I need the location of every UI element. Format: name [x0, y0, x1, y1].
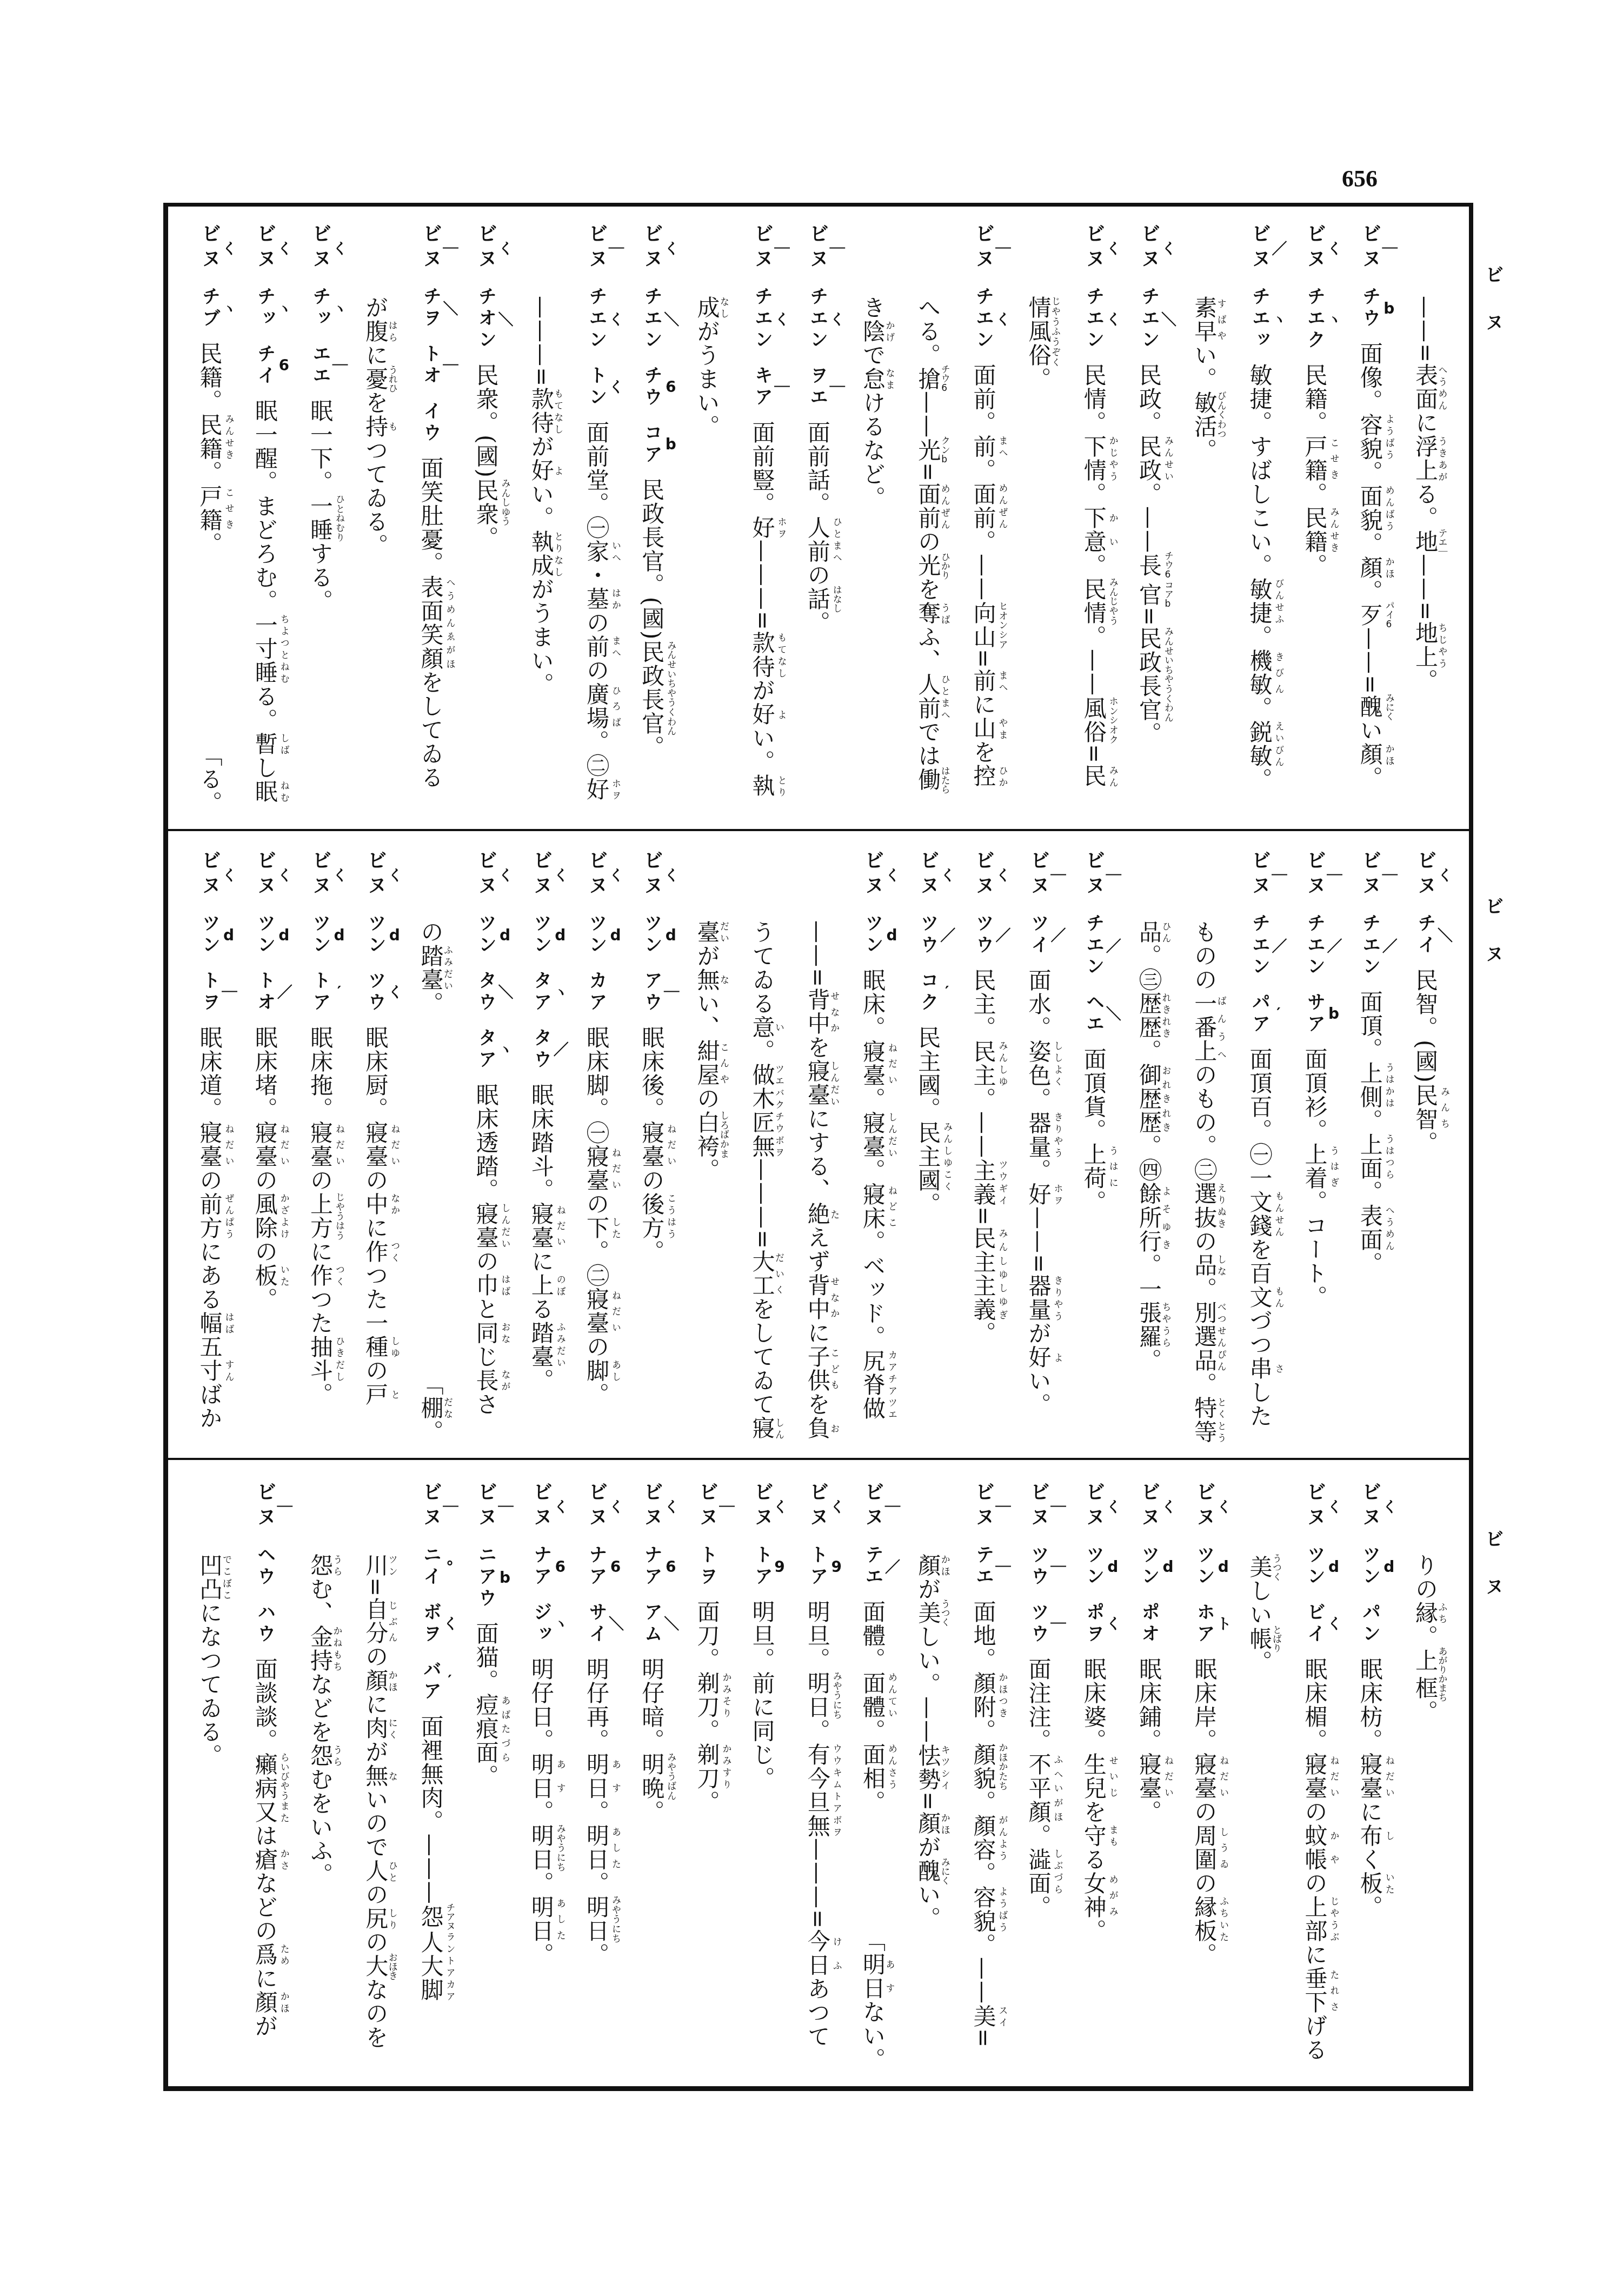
headword: ビヌ｜ — [475, 1482, 497, 1531]
entry-column: ビヌくチブヽ民籍。民籍みんせき。戸籍こせき。「る。 — [182, 223, 237, 829]
definition: が腹はらに憂うれひを持もつてゐる。 — [362, 296, 389, 558]
headword: ビヌ｜ — [420, 1482, 442, 1531]
entry-column: ビヌくツンd カア眠床脚。㊀寢臺ねだいの下した。㊁寢臺ねだいの脚あし。 — [569, 850, 624, 1458]
definition: 面刀。剃刀かみそり。剃刀かみすり。 — [694, 1600, 720, 1814]
headword: ビヌ｜ — [862, 1482, 884, 1531]
definition: へる。搶チウ6——光クンb=面前めんぜんの光ひかりを奪うばふ、人前ひとまへでは働… — [915, 296, 941, 794]
definition: 民衆。(國)民衆みんしゆう。 — [473, 363, 500, 550]
headword: ビヌく — [1083, 1482, 1105, 1531]
entry-column: ビヌくツンd トア′眠床拖。寢臺ねだいの上方じやうはうに作つくつた抽斗ひきだし。 — [292, 850, 348, 1458]
reading: チエンく — [972, 287, 994, 351]
headword: ビヌく — [309, 223, 331, 273]
reading: ニアウb — [475, 1545, 497, 1610]
definition: 面頂。上側うはかは。上面うはつら。表面へうめん。 — [1357, 990, 1383, 1276]
reading: ナア6 ジッヽ — [530, 1545, 552, 1645]
definition: 面前堂。㊀家いへ・墓はかの前まへの廣場ひろば。㊁好ホヲ — [583, 421, 610, 801]
definition: 素早すばやい。敏活びんくわつ。 — [1191, 296, 1218, 462]
entry-column: ビヌくチオン＼民衆。(國)民衆みんしゆう。 — [458, 223, 514, 829]
definition: 眠一醒。まどろむ。一寸睡ちよつとねむる。暫しばし眠ねむ — [252, 399, 278, 804]
definition: 眠床。寢臺ねだい。寢臺しんだい。寢床ねどこ。ベッド。尻脊カアチア做ツエ — [860, 968, 886, 1421]
definition: 民主。民主みんしゆ。——主義ツウギイ=民主主義みんしゆしゆぎ。 — [970, 968, 996, 1345]
definition: 民情。下情かじやう。下意かい。民情みんじやう。——風俗ホンシオク=民みん — [1081, 363, 1107, 788]
headword: ビヌく — [641, 850, 663, 900]
continuation-column: へる。搶チウ6——光クンb=面前めんぜんの光ひかりを奪うばふ、人前ひとまへでは働… — [900, 296, 955, 829]
definition: 面像。容貌ようばう。面貌めんばう。顏かほ。歹パイ6——=醜みにくい顏かほ。 — [1357, 342, 1383, 790]
headword: ビヌ｜ — [1359, 223, 1381, 273]
definition: 眠床婆。生兒せいじを守まもる女神めがみ。 — [1081, 1657, 1107, 1943]
definition: 眠床後。寢臺ねだいの後方こうはう。 — [638, 1026, 665, 1264]
definition: 眠床堵。寢臺ねだいの風除かざよけの板いた。 — [252, 1026, 278, 1311]
reading: ツンd ポオ — [1138, 1545, 1160, 1645]
entry-column: ビヌ｜チエン／ パア′面頂百。㊀一文錢もんせんを百文もんづつ串さした — [1232, 850, 1287, 1458]
headword: ビヌく — [199, 223, 221, 273]
definition: 情風俗じやうふうぞく。 — [1026, 296, 1052, 391]
definition: 敏捷。すばしこい。敏捷びんせふ。機敏きびん。鋭敏えいびん。 — [1246, 363, 1273, 792]
definition: 眠床拖。寢臺ねだいの上方じやうはうに作つくつた抽斗ひきだし。 — [307, 1026, 334, 1406]
headword: ビヌ｜ — [1083, 850, 1105, 900]
entry-column: ビヌ｜ツウ｜ ツウ｜面注注。不平顏ふへいがほ。澁面しぶづら。 — [1011, 1482, 1066, 2086]
entry-column: ビヌくツンd トヲ｜眠床道。寢臺ねだいの前方ぜんぱうにある幅はば五寸すんばか — [182, 850, 237, 1458]
definition: 面體。面體めんてい。面相めんさう。 — [860, 1600, 886, 1814]
reading: チウb — [1359, 287, 1381, 330]
headword: ビヌく — [641, 223, 663, 273]
entry-band-top: ——=表面へうめんに浮上うきあがる。地テエ｜——=地上ちじやう。ビヌ｜チウb面像… — [168, 207, 1469, 829]
headword: ビヌ｜ — [420, 223, 442, 273]
entry-column: ビヌくチエン＼民政。民政みんせい。——長官チウ6コアb=民政長官みんせいちやうく… — [1121, 223, 1176, 829]
headword: ビヌ｜ — [972, 1482, 994, 1531]
definition: 面談談。癩病らいびやう又または瘡かさなどの爲ために顏かほが — [252, 1657, 278, 2038]
reading: ツウ／ — [972, 913, 994, 957]
definition: ものの一番上ばんうへのもの。㊁選抜えりぬきの品しな。別選品べつせんぴん。特等とく… — [1191, 920, 1218, 1444]
entry-band-bottom: りの縁ふち。上框あがりかまち。ビヌくツンd パン眠床枋。寢臺ねだいに布しく板いた… — [168, 1460, 1469, 2086]
reading: ツンd トオ／ — [254, 913, 276, 1014]
definition: 明仔暗。明晩みやうばん。 — [638, 1657, 665, 1824]
headword: ビヌく — [309, 850, 331, 900]
reading: トア9 — [807, 1545, 828, 1588]
definition: 面注注。不平顏ふへいがほ。澁面しぶづら。 — [1026, 1657, 1052, 1919]
continuation-column: 美うつくしい帳とばり。 — [1232, 1554, 1287, 2086]
headword: ビヌく — [1359, 1482, 1381, 1531]
entry-column: ビヌくツウ／ コク′民主國。民主國みんしゆこく。 — [900, 850, 955, 1458]
definition: 面前豎。好ホヲ———=款待もてなしが好よい。執とり — [749, 421, 776, 798]
definition: 面裡無肉。———怨チアヌ人ラン大トア脚カア — [417, 1715, 444, 2002]
reading: ツンd カア — [586, 913, 607, 1014]
running-head: ビヌ — [1481, 265, 1504, 360]
definition: 面前。前まへ。面前めんぜん。——向山ヒオンシア=前まへに山やまを控ひか — [970, 363, 996, 788]
reading: ナア6 サイ＼ — [586, 1545, 607, 1645]
headword: ビヌく — [254, 850, 276, 900]
continuation-column: 川ツン=自分じぶんの顏かほに肉にくが無ないので人ひとの尻しりの大おほきなのを — [348, 1554, 403, 2086]
entry-column: ビヌ｜ニアウb面猫。痘痕面あばたづら。 — [458, 1482, 514, 2086]
headword: ビヌ｜ — [696, 1482, 718, 1531]
reading: ツンd トア′ — [309, 913, 331, 1014]
continuation-column: 品ひん。㊂歴歴れきれき。御歴歴おれきれき。㊃餘所行よそゆき。一張羅ちやうら。 — [1121, 920, 1176, 1458]
entry-column: ビヌくツンd パン眠床枋。寢臺ねだいに布しく板いた。 — [1342, 1482, 1398, 2086]
entry-column: ビヌ／チエッヽ敏捷。すばしこい。敏捷びんせふ。機敏きびん。鋭敏えいびん。 — [1232, 223, 1287, 829]
headword: ビヌく — [364, 850, 387, 900]
entry-column: ビヌくチエン＼ チウ6 コアb民政長官。(國)民政長官みんせいちやうくわん。 — [624, 223, 679, 829]
definition: ——=表面へうめんに浮上うきあがる。地テエ｜——=地上ちじやう。 — [1412, 296, 1439, 693]
continuation-column: ものの一番上ばんうへのもの。㊁選抜えりぬきの品しな。別選品べつせんぴん。特等とく… — [1176, 920, 1232, 1458]
entry-column: ビヌ｜ニイ° ボヲく バア′面裡無肉。———怨チアヌ人ラン大トア脚カア — [403, 1482, 458, 2086]
continuation-column: の踏臺ふみだい。「棚だな。 — [403, 920, 458, 1458]
continuation-column: き陰かげで怠なまけるなど。 — [845, 296, 900, 829]
reading: チイ＼ — [1414, 913, 1436, 957]
reading: チエンく — [1083, 287, 1105, 351]
entry-column: ビヌくツンd ポオ眠床鋪。寢臺ねだい。 — [1121, 1482, 1176, 2086]
definition: 眠床岸。寢臺ねだいの周圍しうゐの縁板ふちいた。 — [1191, 1657, 1218, 1967]
headword: ビヌく — [1304, 223, 1326, 273]
definition: 面水。姿色ししよく。器量きりやう。好ホヲ——=器量きりやうが好よい。 — [1026, 968, 1052, 1417]
definition: 眠床楣。寢臺ねだいの蚊帳かやの上部じやうぶに垂下たれさげる — [1302, 1657, 1328, 2062]
reading: チエン＼ チウ6 コアb — [641, 287, 662, 466]
continuation-column: ———=款待もてなしが好よい。執成とりなしがうまい。 — [514, 296, 569, 829]
entry-band-middle: ビヌくチイ＼民智。(國)民智みんち。ビヌ｜チエン／面頂。上側うはかは。上面うはつ… — [168, 831, 1469, 1458]
entry-column: ビヌくチッヽ チイ6眠一醒。まどろむ。一寸睡ちよつとねむる。暫しばし眠ねむ — [237, 223, 292, 829]
reading: チエン／ サアb — [1304, 913, 1326, 1036]
reading: テエ／ — [862, 1545, 883, 1588]
headword: ビヌ｜ — [1304, 850, 1326, 900]
definition: 民政。民政みんせい。——長官チウ6コアb=民政長官みんせいちやうくわん。 — [1136, 363, 1162, 746]
entry-column: ビヌくナア6 ジッヽ明仔日。明日あす。明日みやうにち。明日あした。 — [514, 1482, 569, 2086]
definition: 明旦。前に同じ。 — [749, 1600, 776, 1790]
headword: ビヌ｜ — [586, 223, 608, 273]
definition: ———=款待もてなしが好よい。執成とりなしがうまい。 — [528, 296, 555, 696]
reading: チヲ＼ トオ｜ イウ — [420, 287, 441, 444]
headword: ビヌく — [1304, 1482, 1326, 1531]
running-head: ビヌ — [1481, 1529, 1504, 1624]
headword: ビヌ｜ — [807, 223, 829, 273]
entry-column: ビヌ｜チエンく キア｜面前豎。好ホヲ———=款待もてなしが好よい。執とり — [735, 223, 790, 829]
reading: ヘウ ハウ — [254, 1545, 276, 1645]
headword: ビヌ／ — [1248, 223, 1271, 273]
definition: 民籍。戸籍こせき。民籍みんせき。 — [1302, 363, 1328, 578]
continuation-column: 成なしがうまい。 — [679, 296, 734, 829]
reading: ツンd タウ＼ タアヽ — [475, 913, 497, 1071]
entry-column: ビヌ｜チエンく ヲエ｜面前話。人前ひとまへの話はなし。 — [790, 223, 845, 829]
reading: ツンd ツウく — [364, 913, 386, 1014]
page-number: 656 — [1342, 165, 1378, 193]
continuation-column: が腹はらに憂うれひを持もつてゐる。 — [348, 296, 403, 829]
reading: チエンく ヲエ｜ — [807, 287, 828, 409]
headword: ビヌ｜ — [972, 223, 994, 273]
continuation-column: うてゐる意い。做ツエ木匠バクチウ無ボヲ———=大工だいくをしてゐて寢しん — [735, 920, 790, 1458]
continuation-column: 凹凸でこぼこになつてゐる。 — [182, 1554, 237, 2086]
definition: 面猫。痘痕面あばたづら。 — [473, 1622, 500, 1788]
definition: 眠床厨。寢臺ねだいの中なかに作つくつた一種しゆの戸と — [362, 1026, 389, 1406]
definition: 明旦。明日みやうにち。有ウウ今旦キムトア無ボヲ———=今日けふあつて — [804, 1600, 831, 2048]
overflow-tail: 「る。 — [182, 744, 237, 815]
entry-column: ビヌ｜チエン／面頂。上側うはかは。上面うはつら。表面へうめん。 — [1342, 850, 1398, 1458]
reading: チオン＼ — [475, 287, 497, 351]
definition: 民智。(國)民智みんち。 — [1412, 968, 1439, 1155]
reading: チブヽ — [199, 287, 221, 330]
reading: ニイ° ボヲく バア′ — [420, 1545, 441, 1703]
definition: 面頂百。㊀一文錢もんせんを百文もんづつ串さした — [1246, 1047, 1273, 1428]
definition: 面前話。人前ひとまへの話はなし。 — [804, 421, 831, 635]
definition: 面頂貨。上荷うはに。 — [1081, 1047, 1107, 1214]
entry-column: ビヌくツンd ツウく眠床厨。寢臺ねだいの中なかに作つくつた一種しゆの戸と — [348, 850, 403, 1458]
definition: 眠床枋。寢臺ねだいに布しく板いた。 — [1357, 1657, 1383, 1919]
entry-column: ビヌ｜ヘウ ハウ面談談。癩病らいびやう又または瘡かさなどの爲ために顏かほが — [237, 1482, 292, 2086]
reading: チエンく トンく — [586, 287, 607, 409]
entry-column: ビヌくトア9明旦。明日みやうにち。有ウウ今旦キムトア無ボヲ———=今日けふあつて — [790, 1482, 845, 2086]
entry-column: ビヌ｜テエ｜面地。顏附かほつき。顏貌かほかたち。顏容がんよう。容貌ようばう。——… — [955, 1482, 1010, 2086]
definition: 眠床透踏。寢臺しんだいの巾はばと同おなじ長ながさ — [473, 1083, 500, 1416]
definition: 眠一下。一睡ひとねむりする。 — [307, 399, 334, 613]
entry-column: ビヌくツンd トオ／眠床堵。寢臺ねだいの風除かざよけの板いた。 — [237, 850, 292, 1458]
entry-column: ビヌくツンd ポヲく眠床婆。生兒せいじを守まもる女神めがみ。 — [1066, 1482, 1121, 2086]
headword: ビヌ｜ — [1359, 850, 1381, 900]
headword: ビヌく — [254, 223, 276, 273]
running-head: ビヌ — [1481, 897, 1504, 992]
reading: チエン＼ — [1138, 287, 1160, 351]
headword: ビヌく — [530, 850, 553, 900]
reading: トヲ — [696, 1545, 717, 1588]
definition: の踏臺ふみだい。 — [417, 920, 444, 1016]
definition: 臺だいが無ない、紺屋こんやの白袴しろばかま。 — [694, 920, 720, 1182]
headword: ビヌ｜ — [751, 223, 774, 273]
continuation-column: ——=背中せなかを寢臺しんだいにする、絶たえず背中せなかに子供こどもを負お — [790, 920, 845, 1458]
entry-column: ビヌくチエンく民情。下情かじやう。下意かい。民情みんじやう。——風俗ホンシオク=… — [1066, 223, 1121, 829]
definition: 眠床踏斗。寢臺ねだいに上のぼる踏臺ふみだい。 — [528, 1083, 555, 1392]
headword: ビヌく — [641, 1482, 663, 1531]
headword: ビヌく — [862, 850, 884, 900]
definition: 怨うらむ、金持かねもちなどを怨うらむをいふ。 — [307, 1554, 334, 1887]
definition: 眠床脚。㊀寢臺ねだいの下した。㊁寢臺ねだいの脚あし。 — [583, 1026, 610, 1406]
continuation-column: 怨うらむ、金持かねもちなどを怨うらむをいふ。 — [292, 1554, 348, 2086]
reading: テエ｜ — [972, 1545, 994, 1588]
definition: 成なしがうまい。 — [694, 296, 720, 439]
definition: 川ツン=自分じぶんの顏かほに肉にくが無ないので人ひとの尻しりの大おほきなのを — [362, 1554, 389, 2049]
continuation-column: ——=表面へうめんに浮上うきあがる。地テエ｜——=地上ちじやう。 — [1398, 296, 1453, 829]
reading: ツンd アウ｜ — [641, 913, 662, 1014]
reading: ツンd ビイく — [1304, 1545, 1326, 1645]
definition: 面笑肚憂。表面笑顏へうめんゑがほをしてゐる — [417, 456, 444, 789]
headword: ビヌく — [751, 1482, 774, 1531]
reading: ツンd タアヽ タウ／ — [530, 913, 552, 1071]
reading: ツウ｜ ツウ｜ — [1028, 1545, 1049, 1645]
reading: チエン／ パア′ — [1248, 913, 1270, 1036]
entry-column: ビヌくツウ／民主。民主みんしゆ。——主義ツウギイ=民主主義みんしゆしゆぎ。 — [955, 850, 1010, 1458]
definition: 顏かほが美うつくしい。——怯勢キツシイ=顏かほが醜みにくい。 — [915, 1554, 941, 1930]
definition: 凹凸でこぼこになつてゐる。 — [197, 1554, 223, 1768]
entry-column: ビヌ｜チエン／ ヘエ＼面頂貨。上荷うはに。 — [1066, 850, 1121, 1458]
definition: うてゐる意い。做ツエ木匠バクチウ無ボヲ———=大工だいくをしてゐて寢しん — [749, 920, 776, 1440]
continuation-column: 情風俗じやうふうぞく。 — [1011, 296, 1066, 829]
definition: 眠床鋪。寢臺ねだい。 — [1136, 1657, 1162, 1824]
entry-column: ビヌ｜チエンく面前。前まへ。面前めんぜん。——向山ヒオンシア=前まへに山やまを控… — [955, 223, 1010, 829]
overflow-tail: 「棚だな。 — [403, 1372, 458, 1444]
definition: 眠床道。寢臺ねだいの前方ぜんぱうにある幅はば五寸すんばか — [197, 1026, 223, 1430]
definition: 民政長官。(國)民政長官みんせいちやうくわん。 — [638, 478, 665, 760]
definition: 明仔再。明日あす。明日あした。明日みやうにち。 — [583, 1657, 610, 1967]
definition: 明仔日。明日あす。明日みやうにち。明日あした。 — [528, 1657, 555, 1967]
definition: 民籍。民籍みんせき。戸籍こせき。 — [197, 342, 223, 556]
entry-column: ビヌくツンd タアヽ タウ／眠床踏斗。寢臺ねだいに上のぼる踏臺ふみだい。 — [514, 850, 569, 1458]
headword: ビヌく — [586, 1482, 608, 1531]
entry-column: ビヌ｜チヲ＼ トオ｜ イウ面笑肚憂。表面笑顏へうめんゑがほをしてゐる — [403, 223, 458, 829]
headword: ビヌく — [972, 850, 994, 900]
definition: 面頂衫。上着うはぎ。コート。 — [1302, 1047, 1328, 1309]
entry-column: ビヌ｜チウb面像。容貌ようばう。面貌めんばう。顏かほ。歹パイ6——=醜みにくい顏… — [1342, 223, 1398, 829]
entry-column: ビヌくナア6 アム＼明仔暗。明晩みやうばん。 — [624, 1482, 679, 2086]
headword: ビヌ｜ — [1028, 850, 1050, 900]
definition: 品ひん。㊂歴歴れきれき。御歴歴おれきれき。㊃餘所行よそゆき。一張羅ちやうら。 — [1136, 920, 1162, 1372]
headword: ビヌく — [1414, 850, 1436, 900]
reading: チエクヽ — [1304, 287, 1326, 351]
headword: ビヌく — [1193, 1482, 1215, 1531]
definition: 美うつくしい帳とばり。 — [1246, 1554, 1273, 1675]
headword: ビヌく — [1138, 223, 1160, 273]
headword: ビヌく — [586, 850, 608, 900]
entry-column: ビヌ｜チエンく トンく面前堂。㊀家いへ・墓はかの前まへの廣場ひろば。㊁好ホヲ — [569, 223, 624, 829]
continuation-column: 臺だいが無ない、紺屋こんやの白袴しろばかま。 — [679, 920, 734, 1458]
definition: き陰かげで怠なまけるなど。 — [860, 296, 886, 510]
entry-column: ビヌくツンd タウ＼ タアヽ眠床透踏。寢臺しんだいの巾はばと同おなじ長ながさ — [458, 850, 514, 1458]
headword: ビヌく — [807, 1482, 829, 1531]
reading: ツンd — [862, 913, 883, 957]
headword: ビヌく — [530, 1482, 553, 1531]
reading: トア9 — [751, 1545, 773, 1588]
entry-column: ビヌくツンd ビイく眠床楣。寢臺ねだいの蚊帳かやの上部じやうぶに垂下たれさげる — [1287, 1482, 1342, 2086]
continuation-column: 顏かほが美うつくしい。——怯勢キツシイ=顏かほが醜みにくい。 — [900, 1554, 955, 2086]
reading: チッヽ チイ6 — [254, 287, 276, 387]
entry-column: ビヌくチイ＼民智。(國)民智みんち。 — [1398, 850, 1453, 1458]
entry-column: ビヌ｜チエン／ サアb面頂衫。上着うはぎ。コート。 — [1287, 850, 1342, 1458]
reading: ツンd ポヲく — [1083, 1545, 1105, 1645]
headword: ビヌ｜ — [1028, 1482, 1050, 1531]
headword: ビヌ｜ — [1248, 850, 1271, 900]
definition: ——=背中せなかを寢臺しんだいにする、絶たえず背中せなかに子供こどもを負お — [804, 920, 831, 1440]
headword: ビヌく — [475, 223, 497, 273]
definition: 面地。顏附かほつき。顏貌かほかたち。顏容がんよう。容貌ようばう。——美スイ= — [970, 1600, 996, 2048]
headword: ビヌ｜ — [254, 1482, 276, 1531]
reading: ツウ／ コク′ — [917, 913, 939, 1014]
entry-column: ビヌくチッヽ エエ｜眠一下。一睡ひとねむりする。 — [292, 223, 348, 829]
entry-column: ビヌくツンd ホアト眠床岸。寢臺ねだいの周圍しうゐの縁板ふちいた。 — [1176, 1482, 1232, 2086]
reading: ナア6 アム＼ — [641, 1545, 662, 1645]
continuation-column: 素早すばやい。敏活びんくわつ。 — [1176, 296, 1232, 829]
definition: 民主國。民主國みんしゆこく。 — [915, 1026, 941, 1216]
reading: チエン／ ヘエ＼ — [1083, 913, 1105, 1036]
reading: チッヽ エエ｜ — [309, 287, 331, 387]
dictionary-page: 656 ——=表面へうめんに浮上うきあがる。地テエ｜——=地上ちじやう。ビヌ｜チ… — [0, 0, 1623, 2296]
headword: ビヌく — [1083, 223, 1105, 273]
entry-column: ビヌくツンd眠床。寢臺ねだい。寢臺しんだい。寢床ねどこ。ベッド。尻脊カアチア做ツ… — [845, 850, 900, 1458]
definition: りの縁ふち。上框あがりかまち。 — [1412, 1554, 1439, 1724]
entry-column: ビヌくトア9明旦。前に同じ。 — [735, 1482, 790, 2086]
entry-column: ビヌ｜テエ／面體。面體めんてい。面相めんさう。「明日あすない。 — [845, 1482, 900, 2086]
entry-column: ビヌくツンd アウ｜眠床後。寢臺ねだいの後方こうはう。 — [624, 850, 679, 1458]
headword: ビヌく — [199, 850, 221, 900]
reading: チエッヽ — [1248, 287, 1270, 351]
reading: ツイ／ — [1028, 913, 1049, 957]
reading: ツンd ホアト — [1193, 1545, 1215, 1645]
reading: ツンd トヲ｜ — [199, 913, 221, 1014]
entry-column: ビヌくチエクヽ民籍。戸籍こせき。民籍みんせき。 — [1287, 223, 1342, 829]
reading: チエン／ — [1359, 913, 1381, 978]
entry-column: ビヌ｜トヲ面刀。剃刀かみそり。剃刀かみすり。 — [679, 1482, 734, 2086]
entry-column: ビヌ｜ツイ／面水。姿色ししよく。器量きりやう。好ホヲ——=器量きりやうが好よい。 — [1011, 850, 1066, 1458]
continuation-column: りの縁ふち。上框あがりかまち。 — [1398, 1554, 1453, 2086]
entry-column: ビヌくナア6 サイ＼明仔再。明日あす。明日あした。明日みやうにち。 — [569, 1482, 624, 2086]
headword: ビヌく — [917, 850, 939, 900]
reading: チエンく キア｜ — [751, 287, 773, 409]
headword: ビヌく — [1138, 1482, 1160, 1531]
overflow-tail: 「明日あすない。 — [845, 1929, 900, 2072]
reading: ツンd パン — [1359, 1545, 1381, 1645]
headword: ビヌく — [475, 850, 497, 900]
